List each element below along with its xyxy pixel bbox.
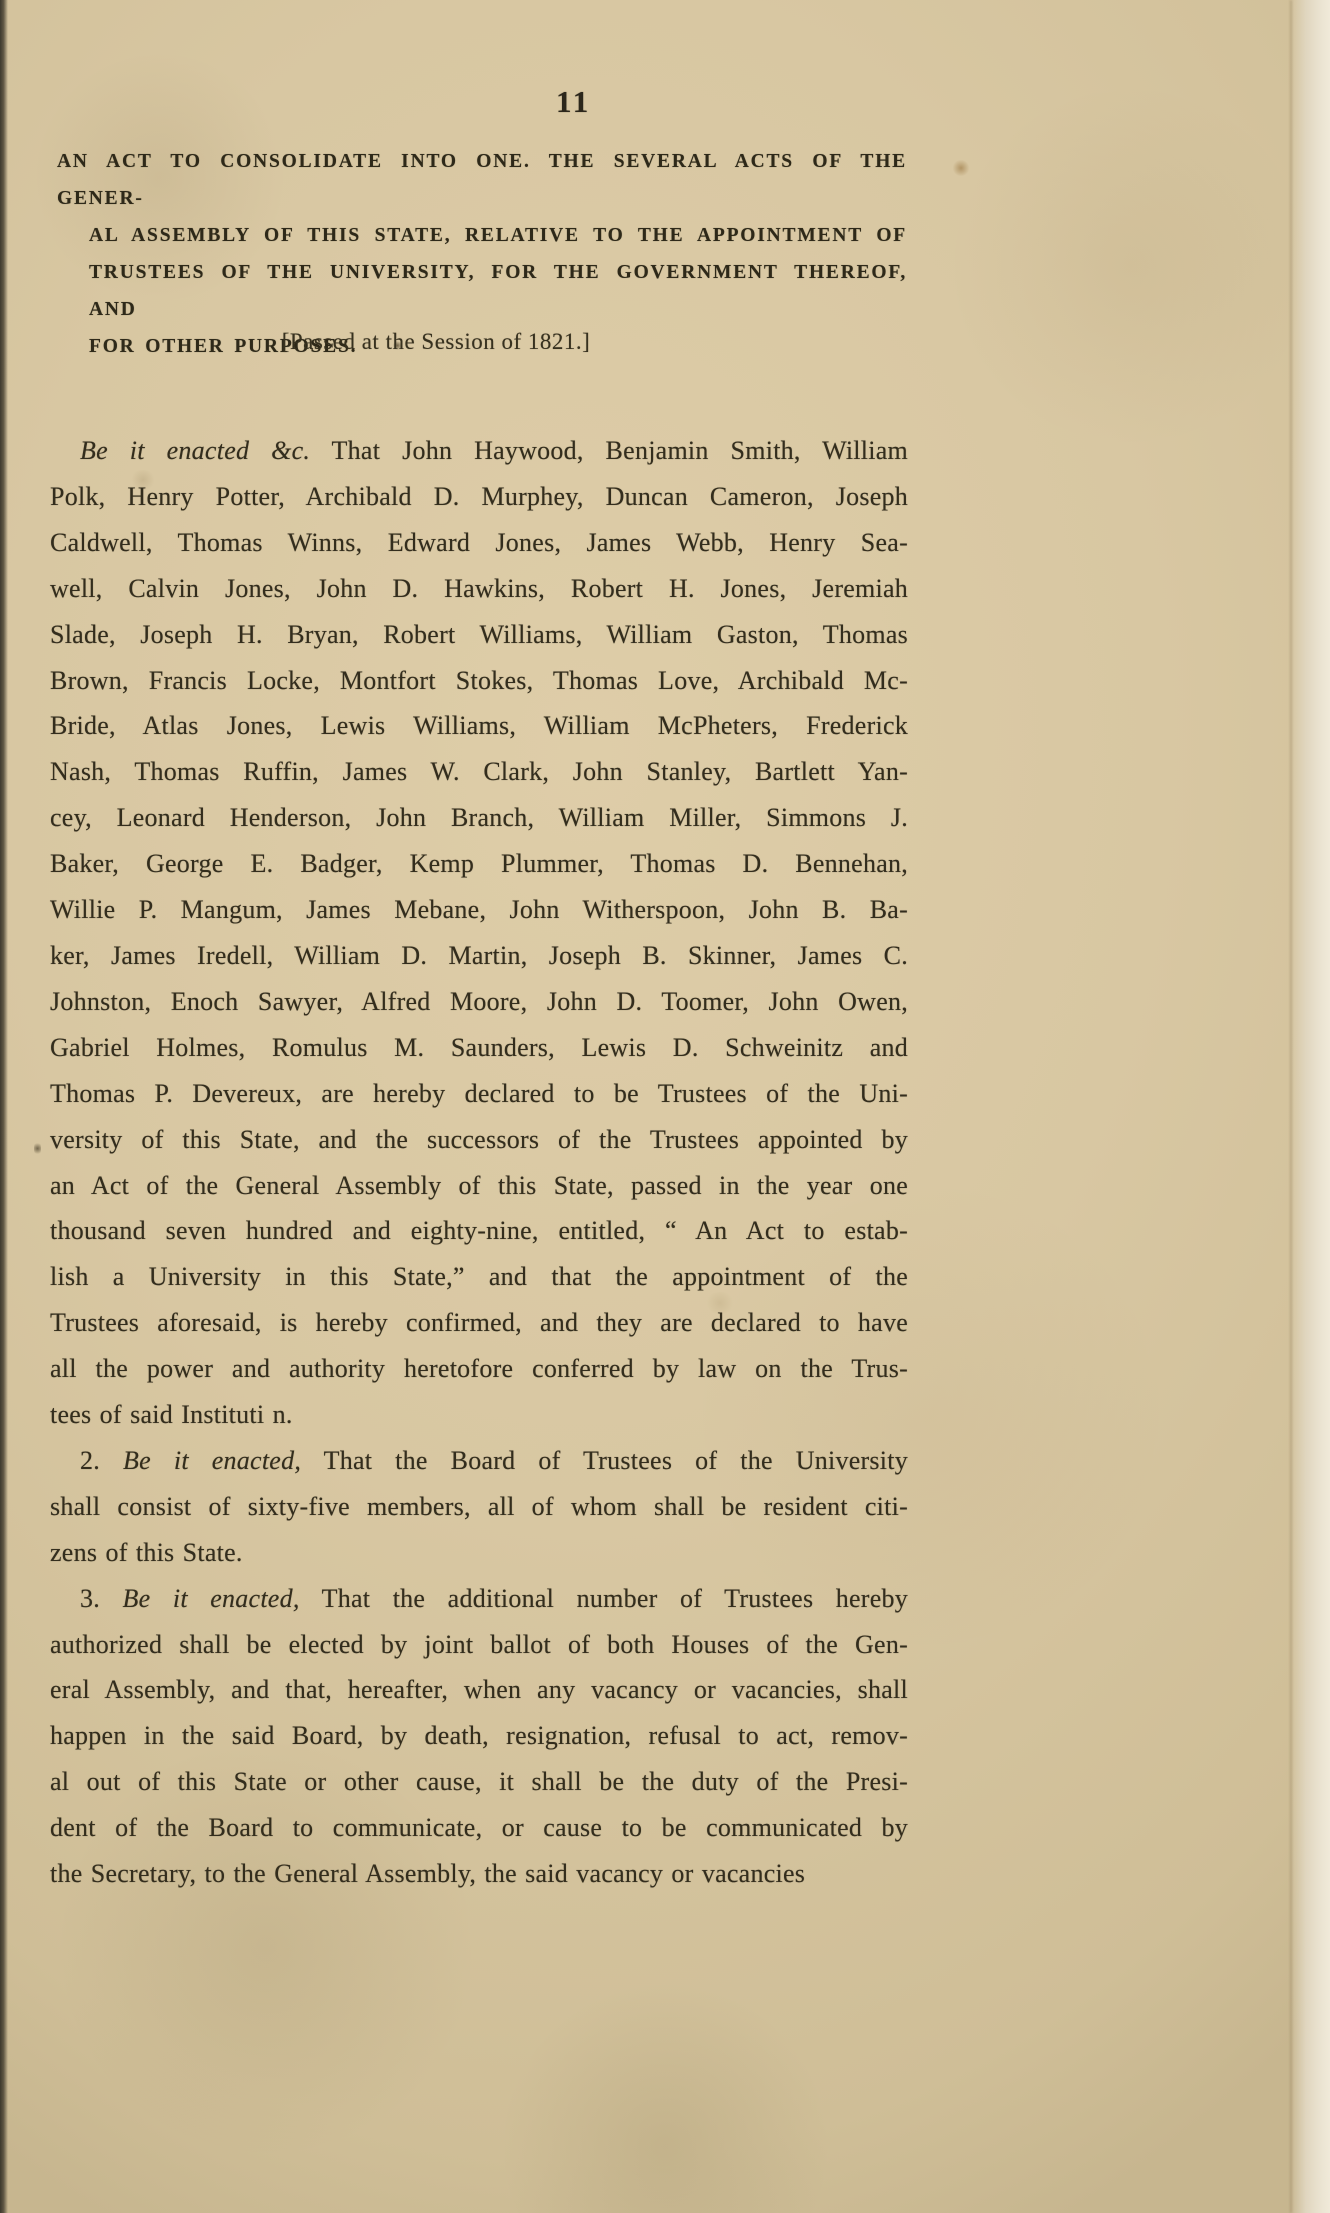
- text-line: happen in the said Board, by death, resi…: [50, 1713, 908, 1759]
- italic-phrase: Be it enacted &c.: [80, 436, 310, 465]
- text-segment: That John Haywood, Benjamin Smith, Willi…: [310, 436, 908, 465]
- text-line: Be it enacted &c. That John Haywood, Ben…: [50, 428, 908, 474]
- text-line: Willie P. Mangum, James Mebane, John Wit…: [50, 887, 908, 933]
- session-note: [Passed at the Session of 1821.]: [57, 329, 907, 355]
- text-segment: eral Assembly, and that, hereafter, when…: [50, 1675, 908, 1704]
- text-segment: cey, Leonard Henderson, John Branch, Wil…: [50, 803, 908, 832]
- text-segment: an Act of the General Assembly of this S…: [50, 1171, 908, 1200]
- text-line: well, Calvin Jones, John D. Hawkins, Rob…: [50, 566, 908, 612]
- text-line: Nash, Thomas Ruffin, James W. Clark, Joh…: [50, 749, 908, 795]
- text-segment: 3.: [80, 1584, 122, 1613]
- text-segment: Bride, Atlas Jones, Lewis Williams, Will…: [50, 711, 908, 740]
- text-line: tees of said Instituti n.: [50, 1392, 908, 1438]
- text-line: Slade, Joseph H. Bryan, Robert Williams,…: [50, 612, 908, 658]
- text-segment: lish a University in this State,” and th…: [50, 1262, 908, 1291]
- text-line: Polk, Henry Potter, Archibald D. Murphey…: [50, 474, 908, 520]
- text-line: thousand seven hundred and eighty-nine, …: [50, 1208, 908, 1254]
- italic-phrase: Be it enacted,: [123, 1446, 301, 1475]
- text-line: shall consist of sixty-five members, all…: [50, 1484, 908, 1530]
- text-line: versity of this State, and the successor…: [50, 1117, 908, 1163]
- text-line: Thomas P. Devereux, are hereby declared …: [50, 1071, 908, 1117]
- act-title-line: TRUSTEES OF THE UNIVERSITY, FOR THE GOVE…: [57, 254, 907, 328]
- foxing-spot: [952, 160, 970, 176]
- text-segment: AL ASSEMBLY OF THIS STATE, RELATIVE TO T…: [89, 225, 907, 246]
- text-line: Trustees aforesaid, is hereby confirmed,…: [50, 1300, 908, 1346]
- text-segment: AN ACT TO CONSOLIDATE INTO ONE. THE SEVE…: [57, 151, 907, 209]
- text-line: ker, James Iredell, William D. Martin, J…: [50, 933, 908, 979]
- text-line: authorized shall be elected by joint bal…: [50, 1622, 908, 1668]
- text-line: eral Assembly, and that, hereafter, when…: [50, 1667, 908, 1713]
- text-segment: ker, James Iredell, William D. Martin, J…: [50, 941, 908, 970]
- text-segment: Slade, Joseph H. Bryan, Robert Williams,…: [50, 620, 908, 649]
- text-segment: That the Board of Trustees of the Univer…: [301, 1446, 908, 1475]
- page-edge-right: [1290, 0, 1330, 2213]
- text-line: al out of this State or other cause, it …: [50, 1759, 908, 1805]
- text-segment: dent of the Board to communicate, or cau…: [50, 1813, 908, 1842]
- text-segment: the Secretary, to the General Assembly, …: [50, 1859, 805, 1888]
- text-line: all the power and authority heretofore c…: [50, 1346, 908, 1392]
- text-segment: zens of this State.: [50, 1538, 243, 1567]
- text-segment: TRUSTEES OF THE UNIVERSITY, FOR THE GOVE…: [89, 262, 907, 320]
- text-segment: 2.: [80, 1446, 123, 1475]
- text-segment: tees of said Instituti n.: [50, 1400, 293, 1429]
- paragraph: 2. Be it enacted, That the Board of Trus…: [50, 1438, 908, 1576]
- text-segment: thousand seven hundred and eighty-nine, …: [50, 1216, 908, 1245]
- act-title-line: AN ACT TO CONSOLIDATE INTO ONE. THE SEVE…: [57, 143, 907, 217]
- text-segment: Caldwell, Thomas Winns, Edward Jones, Ja…: [50, 528, 908, 557]
- text-line: 3. Be it enacted, That the additional nu…: [50, 1576, 908, 1622]
- text-segment: shall consist of sixty-five members, all…: [50, 1492, 908, 1521]
- text-segment: versity of this State, and the successor…: [50, 1125, 908, 1154]
- text-segment: Brown, Francis Locke, Montfort Stokes, T…: [50, 666, 908, 695]
- text-line: 2. Be it enacted, That the Board of Trus…: [50, 1438, 908, 1484]
- text-line: Brown, Francis Locke, Montfort Stokes, T…: [50, 658, 908, 704]
- text-segment: well, Calvin Jones, John D. Hawkins, Rob…: [50, 574, 908, 603]
- text-segment: Johnston, Enoch Sawyer, Alfred Moore, Jo…: [50, 987, 908, 1016]
- text-segment: That the additional number of Trustees h…: [300, 1584, 908, 1613]
- scanned-book-page: 11 AN ACT TO CONSOLIDATE INTO ONE. THE S…: [0, 0, 1330, 2213]
- text-segment: Baker, George E. Badger, Kemp Plummer, T…: [50, 849, 908, 878]
- text-segment: al out of this State or other cause, it …: [50, 1767, 908, 1796]
- text-line: zens of this State.: [50, 1530, 908, 1576]
- text-segment: Polk, Henry Potter, Archibald D. Murphey…: [50, 482, 908, 511]
- text-line: Caldwell, Thomas Winns, Edward Jones, Ja…: [50, 520, 908, 566]
- text-segment: Trustees aforesaid, is hereby confirmed,…: [50, 1308, 908, 1337]
- text-line: the Secretary, to the General Assembly, …: [50, 1851, 908, 1897]
- text-segment: Thomas P. Devereux, are hereby declared …: [50, 1079, 908, 1108]
- page-edge-left: [0, 0, 8, 2213]
- text-line: Bride, Atlas Jones, Lewis Williams, Will…: [50, 703, 908, 749]
- text-segment: Gabriel Holmes, Romulus M. Saunders, Lew…: [50, 1033, 908, 1062]
- text-line: lish a University in this State,” and th…: [50, 1254, 908, 1300]
- text-line: Gabriel Holmes, Romulus M. Saunders, Lew…: [50, 1025, 908, 1071]
- text-line: dent of the Board to communicate, or cau…: [50, 1805, 908, 1851]
- text-segment: all the power and authority heretofore c…: [50, 1354, 908, 1383]
- text-segment: happen in the said Board, by death, resi…: [50, 1721, 908, 1750]
- text-segment: Willie P. Mangum, James Mebane, John Wit…: [50, 895, 908, 924]
- paragraph: Be it enacted &c. That John Haywood, Ben…: [50, 428, 908, 1438]
- text-line: Baker, George E. Badger, Kemp Plummer, T…: [50, 841, 908, 887]
- act-title-line: AL ASSEMBLY OF THIS STATE, RELATIVE TO T…: [57, 217, 907, 254]
- italic-phrase: Be it enacted,: [122, 1584, 299, 1613]
- paragraph: 3. Be it enacted, That the additional nu…: [50, 1576, 908, 1897]
- page-number: 11: [556, 84, 591, 120]
- ink-speck: [34, 1142, 41, 1155]
- text-segment: authorized shall be elected by joint bal…: [50, 1630, 908, 1659]
- text-segment: Nash, Thomas Ruffin, James W. Clark, Joh…: [50, 757, 908, 786]
- text-line: Johnston, Enoch Sawyer, Alfred Moore, Jo…: [50, 979, 908, 1025]
- text-line: cey, Leonard Henderson, John Branch, Wil…: [50, 795, 908, 841]
- act-body: Be it enacted &c. That John Haywood, Ben…: [50, 428, 908, 1897]
- text-line: an Act of the General Assembly of this S…: [50, 1163, 908, 1209]
